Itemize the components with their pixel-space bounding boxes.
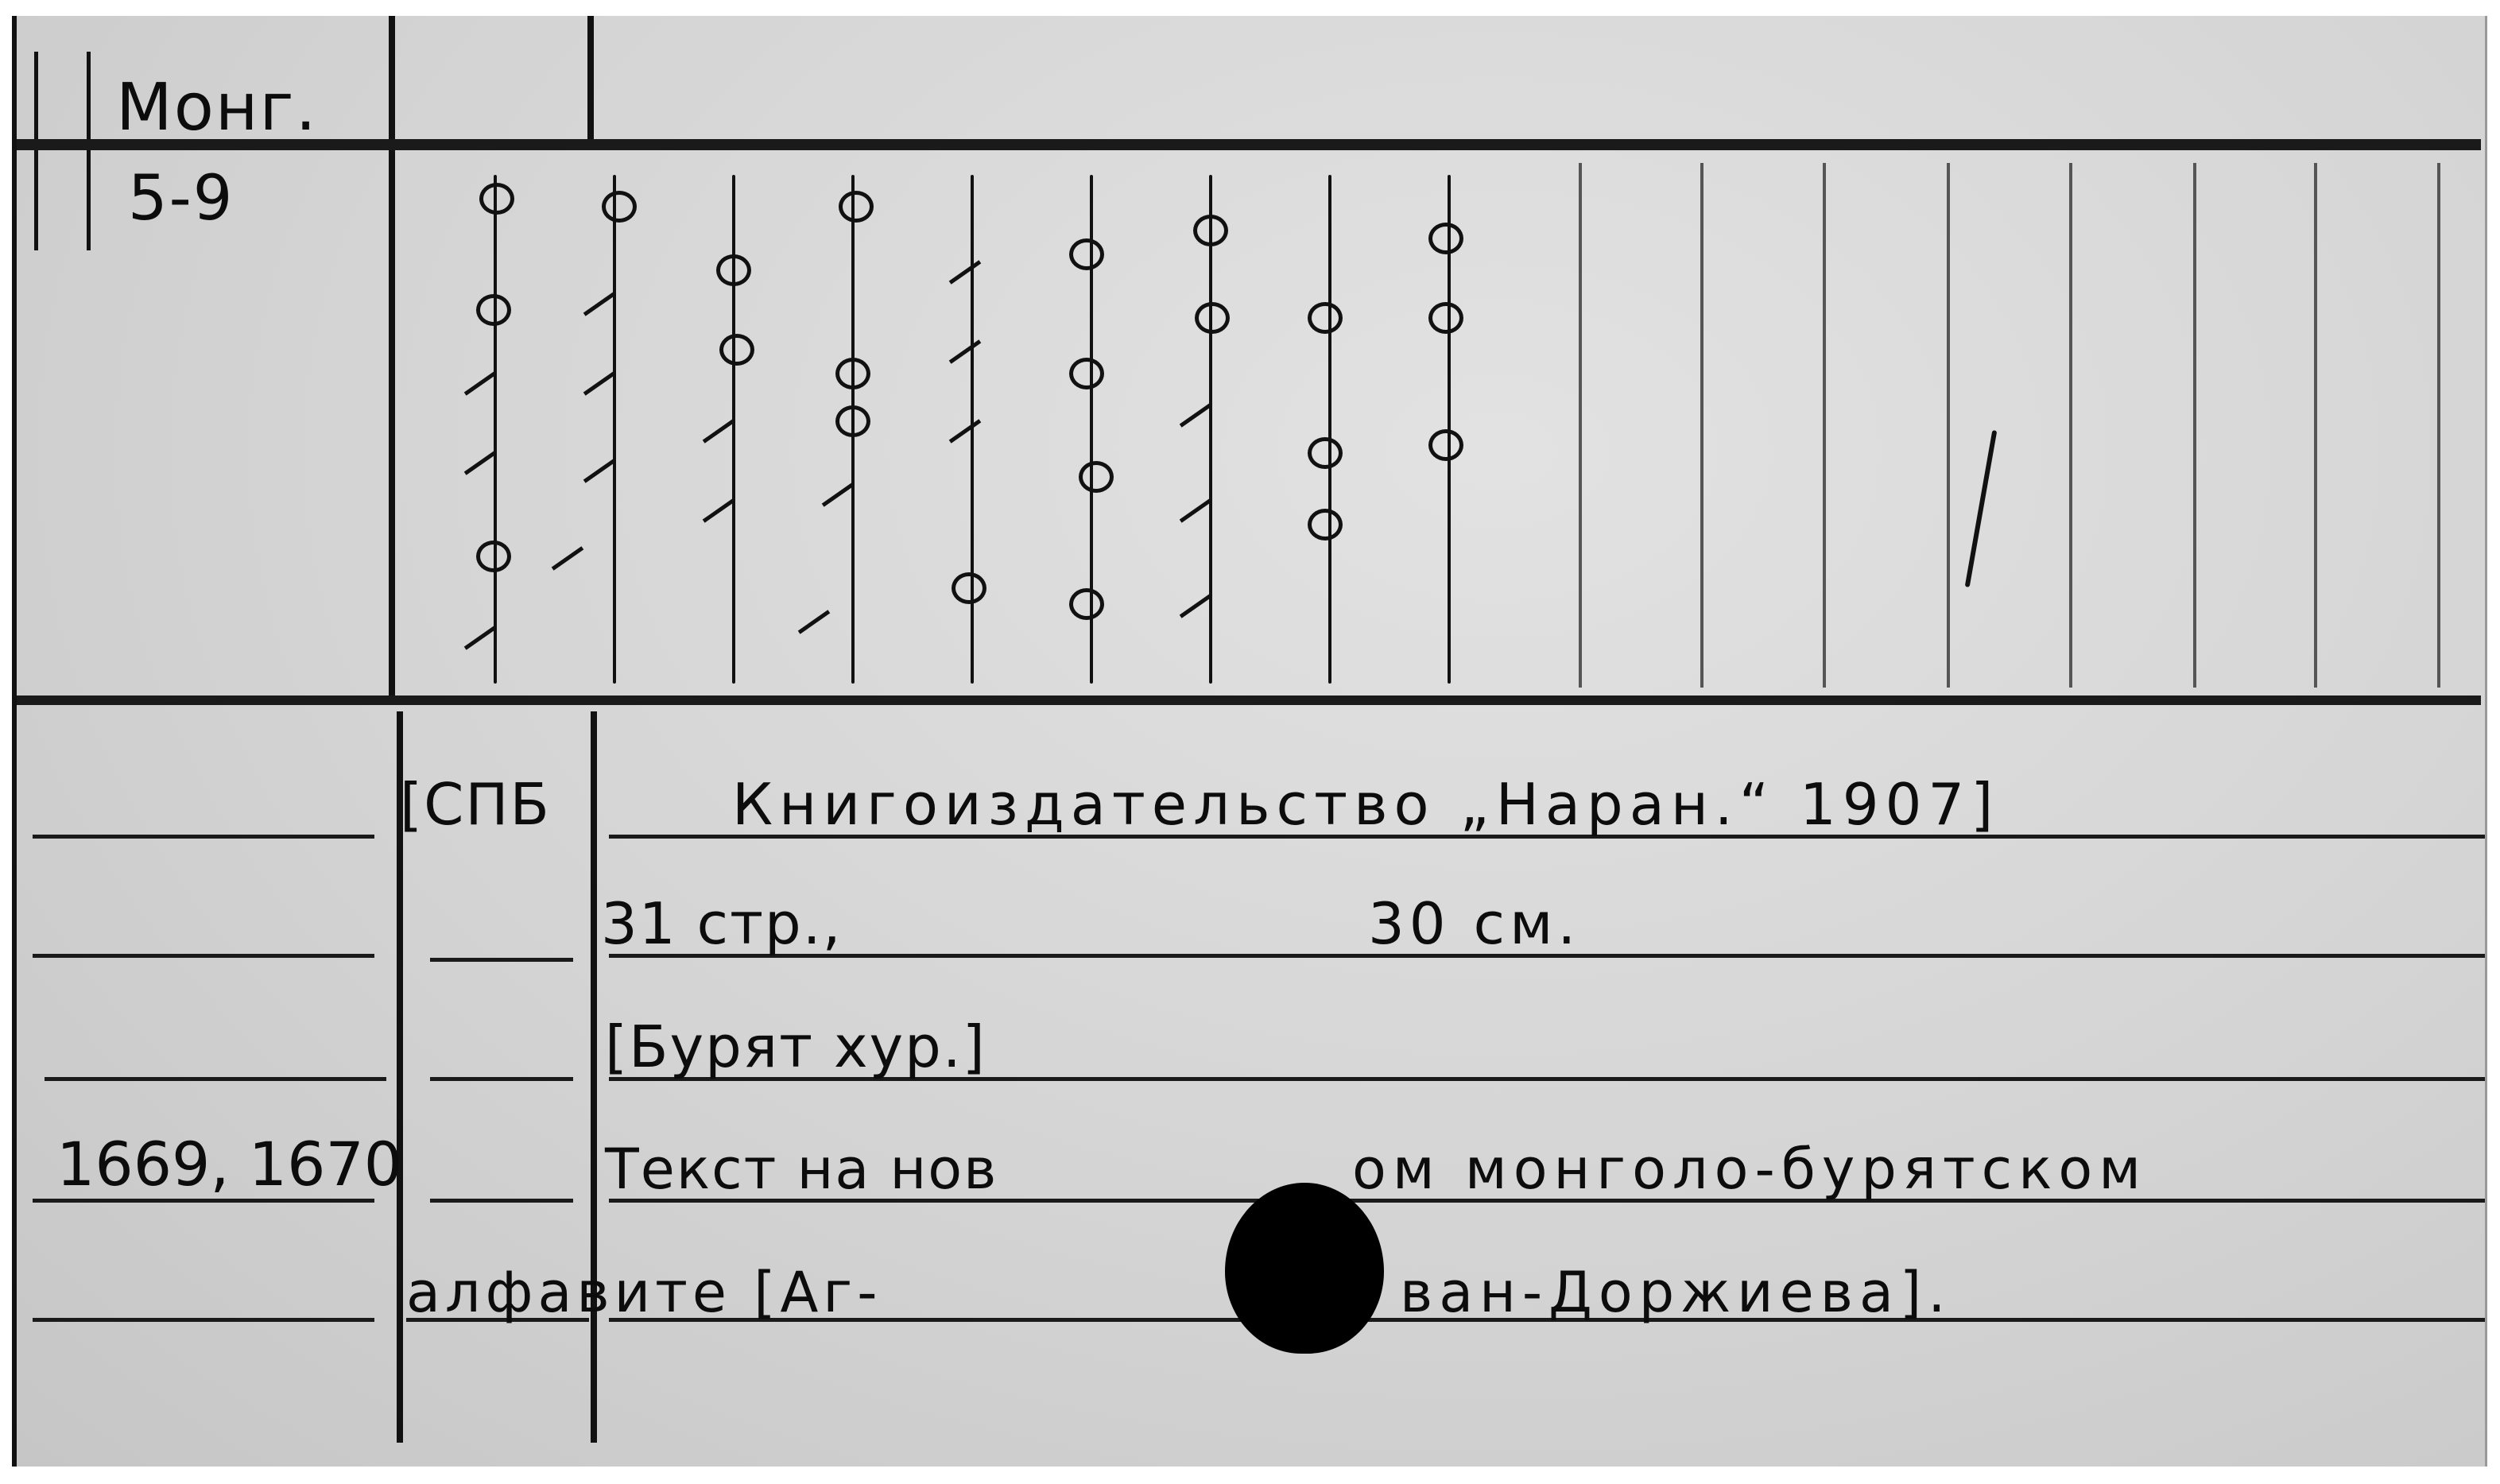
left-rule-1 [34, 52, 38, 250]
note-line2-right: ван-Доржиева]. [1400, 1260, 1952, 1325]
note-line1-left: Текст на нов [605, 1137, 998, 1202]
guide-rule [2437, 163, 2440, 688]
ruled-line [45, 1077, 386, 1081]
series-note: [Бурят хур.] [605, 1013, 986, 1080]
guide-rule [2069, 163, 2072, 688]
ruled-line [33, 954, 374, 958]
section-rule [17, 696, 2481, 705]
header-column-rule-1 [389, 16, 395, 699]
inventory-numbers: 1669, 1670 [56, 1129, 402, 1199]
stray-mark [1965, 430, 1998, 587]
mongolian-script-title [446, 175, 1607, 699]
punch-hole [1225, 1183, 1384, 1354]
guide-rule [2193, 163, 2196, 688]
shelf-mark: 5-9 [128, 163, 234, 234]
imprint-publisher: Книгоиздательство „Наран.“ 1907] [732, 771, 1999, 838]
catalog-card: Монг. 5-9 [12, 16, 2487, 1467]
ruled-line [430, 958, 573, 962]
guide-rule [1700, 163, 1703, 688]
lower-column-rule-2 [591, 711, 597, 1443]
imprint-place: [СПБ [400, 771, 551, 838]
imprint-pages: 31 стр., [601, 890, 843, 957]
guide-rule [1823, 163, 1826, 688]
collection-label: Монг. [116, 70, 318, 145]
left-rule-2 [87, 52, 91, 250]
ruled-line [33, 1318, 374, 1322]
ruled-line [430, 1077, 573, 1081]
imprint-size: 30 см. [1368, 890, 1580, 957]
guide-rule [2314, 163, 2317, 688]
note-line1-right: ом монголо-бурятском [1352, 1137, 2147, 1202]
header-column-rule-2 [587, 16, 594, 143]
guide-rule [1947, 163, 1950, 688]
ruled-line [430, 1199, 573, 1203]
ruled-line [33, 835, 374, 839]
note-line2-left: алфавите [Аг- [406, 1260, 882, 1325]
header-rule [17, 139, 2481, 150]
